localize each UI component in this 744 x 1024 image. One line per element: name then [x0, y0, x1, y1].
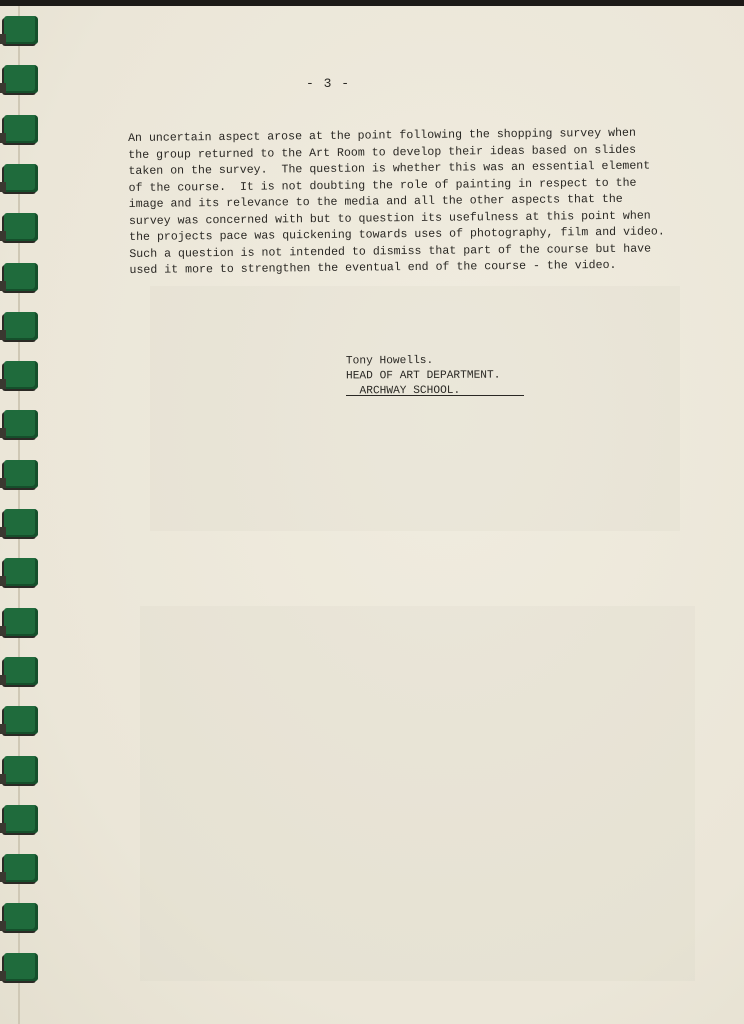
signature-school: ARCHWAY SCHOOL.: [346, 384, 500, 400]
signature-underline: [346, 395, 524, 396]
bleed-through-image-top: [150, 286, 680, 531]
binding-ring: [4, 213, 38, 241]
signature-title: HEAD OF ART DEPARTMENT.: [346, 369, 500, 385]
body-paragraph: An uncertain aspect arose at the point f…: [128, 125, 710, 280]
binding-ring: [4, 953, 38, 981]
binding-ring: [4, 164, 38, 192]
binding-ring: [4, 263, 38, 291]
binding-ring: [4, 756, 38, 784]
signature-name: Tony Howells.: [346, 354, 500, 370]
document-page: - 3 - An uncertain aspect arose at the p…: [0, 6, 744, 1024]
binding-ring: [4, 558, 38, 586]
signature-block: Tony Howells. HEAD OF ART DEPARTMENT. AR…: [346, 354, 501, 400]
binding-ring: [4, 16, 38, 44]
binding-ring: [4, 657, 38, 685]
binding-ring: [4, 361, 38, 389]
page-number: - 3 -: [306, 76, 350, 91]
comb-binding: [0, 6, 40, 1024]
binding-ring: [4, 903, 38, 931]
binding-ring: [4, 460, 38, 488]
bleed-through-image-bottom: [140, 606, 695, 981]
binding-ring: [4, 410, 38, 438]
binding-ring: [4, 312, 38, 340]
binding-ring: [4, 854, 38, 882]
binding-ring: [4, 608, 38, 636]
binding-ring: [4, 706, 38, 734]
binding-ring: [4, 509, 38, 537]
binding-ring: [4, 805, 38, 833]
binding-ring: [4, 65, 38, 93]
binding-ring: [4, 115, 38, 143]
